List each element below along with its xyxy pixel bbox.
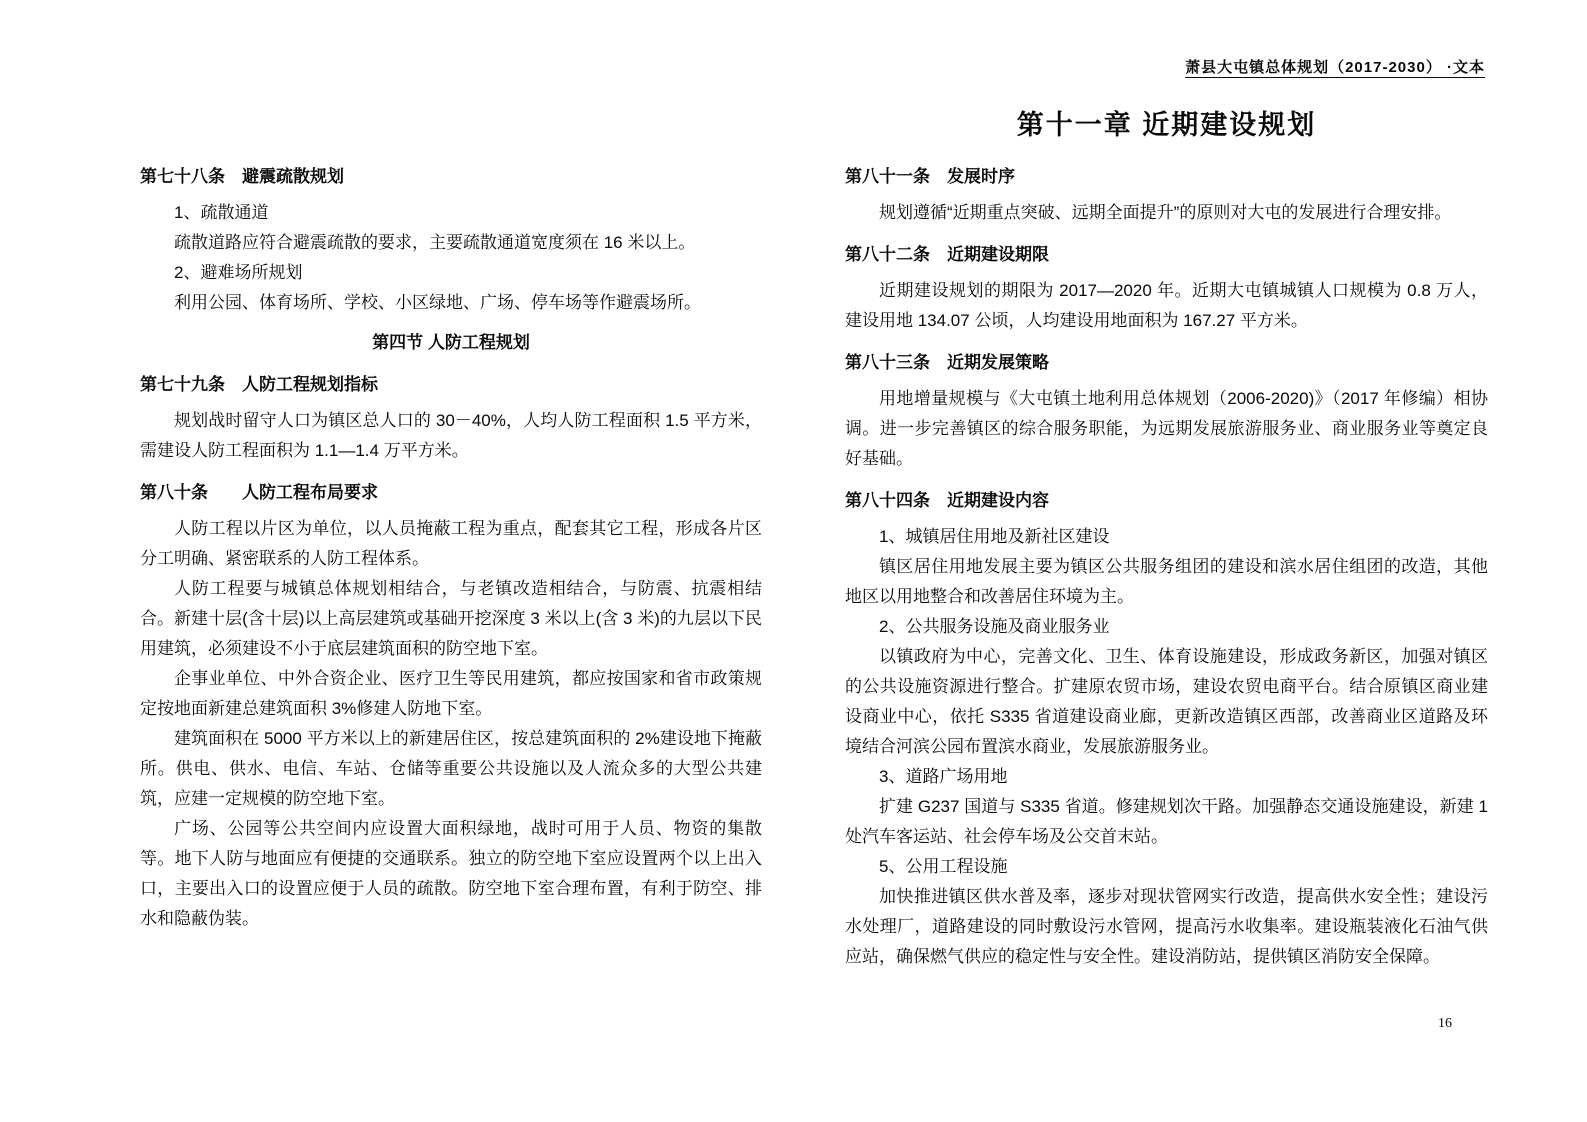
article-heading: 第八十条 人防工程布局要求 (140, 478, 762, 508)
list-item: 2、避难场所规划 (140, 258, 762, 288)
list-item: 3、道路广场用地 (845, 762, 1488, 792)
paragraph: 利用公园、体育场所、学校、小区绿地、广场、停车场等作避震场所。 (140, 288, 762, 318)
article-heading: 第七十九条 人防工程规划指标 (140, 370, 762, 400)
list-item: 1、城镇居住用地及新社区建设 (845, 522, 1488, 552)
paragraph: 企事业单位、中外合资企业、医疗卫生等民用建筑，都应按国家和省市政策规定按地面新建… (140, 664, 762, 724)
list-item: 1、疏散通道 (140, 198, 762, 228)
chapter-title: 第十一章 近期建设规划 (845, 106, 1488, 144)
paragraph: 人防工程以片区为单位，以人员掩蔽工程为重点，配套其它工程，形成各片区分工明确、紧… (140, 514, 762, 574)
paragraph: 人防工程要与城镇总体规划相结合，与老镇改造相结合，与防震、抗震相结合。新建十层(… (140, 574, 762, 664)
paragraph: 以镇政府为中心，完善文化、卫生、体育设施建设，形成政务新区，加强对镇区的公共设施… (845, 642, 1488, 762)
paragraph: 加快推进镇区供水普及率，逐步对现状管网实行改造，提高供水安全性；建设污水处理厂，… (845, 882, 1488, 972)
section-heading: 第四节 人防工程规划 (140, 328, 762, 358)
paragraph: 近期建设规划的期限为 2017—2020 年。近期大屯镇城镇人口规模为 0.8 … (845, 276, 1488, 336)
article-heading: 第八十三条 近期发展策略 (845, 348, 1488, 378)
paragraph: 疏散道路应符合避震疏散的要求，主要疏散通道宽度须在 16 米以上。 (140, 228, 762, 258)
paragraph: 规划战时留守人口为镇区总人口的 30－40%，人均人防工程面积 1.5 平方米，… (140, 406, 762, 466)
page-number: 16 (1438, 1016, 1452, 1032)
article-heading: 第八十一条 发展时序 (845, 162, 1488, 192)
paragraph: 规划遵循“近期重点突破、远期全面提升”的原则对大屯的发展进行合理安排。 (845, 198, 1488, 228)
article-heading: 第八十二条 近期建设期限 (845, 240, 1488, 270)
document-page: 萧县大屯镇总体规划（2017-2030） ·文本 第七十八条 避震疏散规划 1、… (0, 0, 1587, 1122)
right-column: 第十一章 近期建设规划 第八十一条 发展时序 规划遵循“近期重点突破、远期全面提… (845, 106, 1488, 972)
paragraph: 广场、公园等公共空间内应设置大面积绿地，战时可用于人员、物资的集散等。地下人防与… (140, 814, 762, 934)
paragraph: 扩建 G237 国道与 S335 省道。修建规划次干路。加强静态交通设施建设，新… (845, 792, 1488, 852)
list-item: 2、公共服务设施及商业服务业 (845, 612, 1488, 642)
left-column: 第七十八条 避震疏散规划 1、疏散通道 疏散道路应符合避震疏散的要求，主要疏散通… (140, 150, 762, 934)
page-header-title: 萧县大屯镇总体规划（2017-2030） ·文本 (1185, 56, 1485, 77)
paragraph: 镇区居住用地发展主要为镇区公共服务组团的建设和滨水居住组团的改造，其他地区以用地… (845, 552, 1488, 612)
paragraph: 建筑面积在 5000 平方米以上的新建居住区，按总建筑面积的 2%建设地下掩蔽所… (140, 724, 762, 814)
list-item: 5、公用工程设施 (845, 852, 1488, 882)
article-heading: 第八十四条 近期建设内容 (845, 486, 1488, 516)
article-heading: 第七十八条 避震疏散规划 (140, 162, 762, 192)
paragraph: 用地增量规模与《大屯镇土地利用总体规划（2006-2020)》（2017 年修编… (845, 384, 1488, 474)
